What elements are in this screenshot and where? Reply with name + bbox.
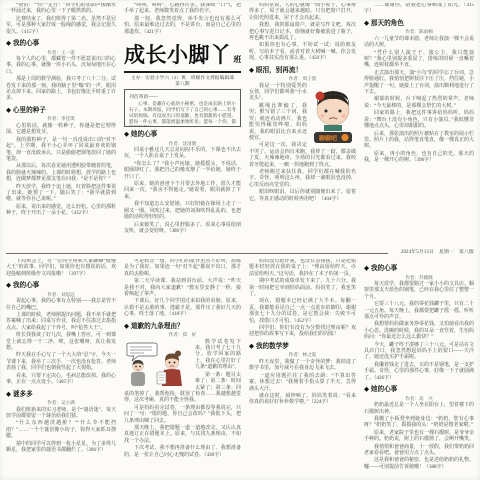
article-continuation: 可是转念一想，同学们的批评虽然不好听，却都是为了我好。如果连一句“对不起”都说不… — [124, 259, 241, 319]
paragraph: 它要三十八元。我的零花钱罐子里，只有二十一元五角。每天晚上，我都要把罐子摇一摇，… — [364, 302, 474, 321]
paragraph: 后来，那张演出的照片被贴在了教室的展示栏里。照片上的我，站得笔直笔直，像一棵真正… — [364, 132, 474, 151]
pouting-girl-cartoon: 聊聊吧 — [310, 86, 356, 144]
paragraph: “凭什么别人演王子、演公主，我只能演树？”我心里别提多委屈了，排练的时候一直噘着… — [364, 51, 474, 70]
article-title: ◆ 眼泪，别再流！ — [249, 67, 356, 75]
masthead: 成长小脚丫班级作文周报 — [124, 38, 241, 73]
paragraph: 妈妈常说，人的心就像一间小屋子，心事堆得多了，屋子就会越来越暗。只有把窗户打开，… — [249, 3, 356, 22]
paragraph: 我想帮妈妈做家务挣零花钱，又怕她看出我的小心思。洗碗的时候，我的耳朵一直竖着，生… — [364, 322, 474, 341]
paragraph: 我悄悄和爸爸商量，十一放假，我们带奶奶回老家看看吧。爸爸用力点了点头。 — [364, 445, 474, 458]
paragraph: 同学们，你们有没有为分数找过理由呢？欢迎把你的故事写下来，投给我们的周报！ — [249, 326, 356, 339]
article-author: 作者：高 兴 — [364, 396, 474, 402]
article-continuation: “别怕！”“你一定行！”同学们的加油声像潮水一样涌过来，我的心里一下子暖烘烘的。… — [6, 3, 116, 36]
paragraph: 可是妈妈看完试卷，一条理由都没等我说完，只问了一句：“错的题，你自己会改吗？”我… — [124, 406, 241, 425]
foreword-box: 刊首寄语—— 心事，是藏在心底的小秘密，也是成长路上的小石子。本期周报，同学们写… — [124, 89, 241, 127]
newspaper-title: 成长小脚丫 — [124, 44, 232, 67]
article: ◆ 眼泪，别再流！ 作者：周子墨 聊聊吧 — [249, 67, 356, 203]
column-bottom-4: ◆ 我的心事 作者：苏晓晓 每天放学，我都要路过一家小小的文具店。橱窗里那支天蓝… — [364, 261, 474, 476]
article-body: 说起心事，我的心事有点特别——我总是管不住自己的嘴巴。上课的时候，老师刚提出问题… — [6, 299, 116, 386]
article-title: ◆ 心里的种子 — [6, 107, 116, 115]
article-author: 作者：周子墨 — [249, 76, 356, 82]
paragraph: 昨天我在手心写了一个大大的“忍”字。今天一节课下来，我举了三次手，一次也没有抢答… — [6, 353, 116, 372]
article-continuation: “咚咚，咚咚”，心跳得厉害。我深吸一口气，把手举了起来。老师微笑着点了我的名字。… — [124, 3, 241, 36]
paragraph: 上课的时候，老师刚提出问题，我不举手就把答案喊了出来；同桌写作业，我忍不住凑过去… — [6, 313, 116, 332]
paragraph: 这是我和爸爸的秘密，也是送给奶奶的礼物。嘘——可别提前告诉她哦！（388字） — [364, 458, 474, 471]
article: ◆ 道歉的九条理由？ 作者：郑 好 — [124, 323, 241, 459]
paragraph: 正式演出那天，演“小鸟”的同学忘了台词，急得脸通红。我悄悄把树枝往下压了压，挡住… — [364, 71, 474, 97]
article-continuation: 下周班会上，另一位同学将和大家聊聊“傲慢大王”的故事。同学们，如果你也有想说的话… — [6, 259, 116, 278]
paragraph: 昨天放学，我终于追上她，红着脸把这件事说了出来。她愣了一下，随后笑了：“我早就猜… — [6, 185, 116, 204]
paragraph: 从那以后，每次看见她用透明胶带缠着的笔，我的脸就火辣辣的。上课的时候想，放学的路… — [6, 164, 116, 183]
newspaper-subtitle: 班级作文周报 — [234, 55, 242, 64]
article-author: 作者：苏晓晓 — [364, 275, 474, 281]
paragraph: 那一刻，我忽然觉得，举手发言也没有那么可怕。原来最难迈过去的，不是讲台，而是自己… — [124, 17, 241, 36]
paragraph: 如果你也有心事，不妨试一试：说给朋友听，写给本子看，或者对着大树喊一喊。你会发现… — [249, 43, 356, 62]
column-top-1: “别怕！”“你一定行！”同学们的加油声像潮水一样涌过来，我的心里一下子暖烘烘的。… — [6, 3, 116, 248]
article-body: 奶奶最近总是一个人坐在阳台上，望着楼下的石榴树出神。我搬了小板凳坐到她身边：“奶… — [364, 403, 474, 471]
article-body: 我们班新来的实习老师，是个“谜语迷”，每天放学前都要留一个谜语给我们猜。“什么东… — [6, 408, 116, 455]
orange-dot-icon — [341, 134, 348, 141]
article-author: 作者：李佳琪 — [6, 116, 116, 122]
chat-badge-label: 聊聊吧 — [319, 134, 337, 142]
article: ◆ 她的心事 作者：高 兴 奶奶最近总是一个人坐在阳台上，望着楼下的石榴树出神。… — [364, 386, 474, 471]
half-page-divider-rule — [6, 253, 388, 254]
paragraph: 原来，说出来的感觉，这么轻松。心里的那粒种子，终于开出了一朵小花。（432字） — [6, 205, 116, 218]
paragraph: 一道应用题拦住了我的去路：“不算出答案，休想过去！”我掰着手指头算了半天，急得满… — [249, 374, 356, 393]
paragraph: 心里的话，就像一粒种子，你越是把它埋得深，它越是想发芽。 — [6, 124, 116, 137]
foreword-label: 刊首寄语—— — [129, 93, 236, 100]
paragraph: 妈妈没有批评我，也没有表扬我，只是把错题本轻轻放在我的桌子上：“理由留给昨天，办… — [249, 259, 356, 278]
article-continuation: 妈妈没有批评我，也没有表扬我，只是把错题本轻轻放在我的桌子上：“理由留给昨天，办… — [249, 259, 356, 339]
article-continuation: 妈妈常说，人的心就像一间小屋子，心事堆得多了，屋子就会越来越暗。只有把窗户打开，… — [249, 3, 356, 63]
paragraph: ……谢谢你，陪我把心事晒成了阳光。（415字） — [364, 3, 474, 16]
article-title: ◆ 她的心事 — [124, 131, 241, 139]
paragraph: “什么东西越洗越脏？”“什么伞不能挡雨？”……一个个谜语像小钩子，钩得大家抓耳挠… — [6, 421, 116, 440]
paragraph: 看来，只要下定决心，毛病总能改掉。我的心事，正在一点点变小。（405字） — [6, 374, 116, 387]
paragraph: 谢幕的时候，台下响起了热烈的掌声。老师说：“今天最棒的，是那棵会帮忙的大树。” — [364, 97, 474, 110]
article-body: 同桌小雅这几天总是闷闷不乐的，下课也不出去玩，一个人趴在桌子上发呆。“你怎么了？… — [124, 148, 241, 235]
article-title: ◆ 道歉的九条理由？ — [124, 323, 241, 331]
column-bottom-1: 下周班会上，另一位同学将和大家聊聊“傲慢大王”的故事。同学们，如果你也有想说的话… — [6, 259, 116, 476]
article-title: ◆ 我的心事 — [364, 265, 474, 273]
article: ◆ 我的心事 作者：苏晓晓 每天放学，我都要路过一家小小的文具店。橱窗里那支天蓝… — [364, 265, 474, 382]
newspaper-page: “别怕！”“你一定行！”同学们的加油声像潮水一样涌过来，我的心里一下子暖烘烘的。… — [0, 0, 480, 480]
article-author: 作者：吴小满 — [6, 400, 116, 406]
paragraph: 期中考试的成绩单发下来了，九十六分。我第一时间把它举到妈妈面前。妈妈笑了，我也笑… — [249, 279, 356, 298]
paragraph: 可是这一次，我决定不哭了。运动会四百米跑，我摔了一跤，膝盖破了皮，火辣辣地疼。全… — [249, 143, 356, 169]
article-author: 作者：陈雨桐 — [364, 29, 474, 35]
column-top-4: ……谢谢你，陪我把心事晒成了阳光。（415字） ◆ 那天的角色 作者：陈雨桐 六… — [364, 3, 474, 248]
paragraph: 我的那粒种子，是一句一直没说出口的“对不起”。上学期，我不小心弄坏了同桌最喜欢的… — [6, 138, 116, 164]
paragraph: 原来，再小的角色，也有自己的光。那天的我，是一棵开心的树。（398字） — [364, 152, 474, 165]
article: ◆ 那天的角色 作者：陈雨桐 六一儿童节的课本剧，老师让我演一棵不会说话的大树。… — [364, 20, 474, 165]
column-bottom-2: 可是转念一想，同学们的批评虽然不好听，却都是为了我好。如果连一句“对不起”都说不… — [124, 259, 241, 476]
paragraph: 那天晚上，我把错题一道一道地改完，又认认真真地订正在错题本上。原来，与其找九条理… — [124, 426, 241, 445]
paragraph: 猜中的同学可以得到一枚小星星。为了多得几颗星，我把家里的谜语书都翻烂了。（286… — [6, 442, 116, 455]
date-folio: 2024年5月13日 星期一 第八版 — [392, 248, 474, 255]
article-author: 作者：沈清漪 — [124, 141, 241, 147]
paragraph: 每天放学，我都要路过一家小小的文具店。橱窗里那支天蓝色的钢笔，已经在我心里住了整… — [364, 282, 474, 301]
paragraph: 昨天夜里，我做了一个奇怪的梦：我掉进了数学书里，加号减号在我身边飞来飞去。 — [249, 360, 356, 373]
column-top-2: “咚咚，咚咚”，心跳得厉害。我深吸一口气，把手举了起来。老师微笑着点了我的名字。… — [124, 3, 241, 248]
foreword-text: 心事，是藏在心底的小秘密，也是成长路上的小石子。本期周报，同学们写下了自己的心事… — [129, 101, 236, 127]
article: ◆ 心里的种子 作者：李佳琪 心里的话，就像一粒种子，你越是把它埋得深，它越是想… — [6, 107, 116, 218]
paragraph: 现在，错题本已经记满了大半本。每翻一页，我都能看见自己一点一点进步的脚印。谢谢那… — [249, 299, 356, 325]
paragraph: “别怕！”“你一定行！”同学们的加油声像潮水一样涌过来，我的心里一下子暖烘烘的。 — [6, 3, 116, 16]
column-bottom-3: 妈妈没有批评我，也没有表扬我，只是把错题本轻轻放在我的桌子上：“理由留给昨天，办… — [249, 259, 356, 476]
paragraph: 下周班会上，另一位同学将和大家聊聊“傲慢大王”的故事。同学们，如果你也有想说的话… — [6, 259, 116, 278]
paragraph: 就在这时，闹钟响了。妈妈笑着说：“看来你真的该好好补补数学啦。”（224字） — [249, 394, 356, 407]
article-title: ◆ 谜多多 — [6, 391, 116, 399]
masthead-info-line: 主办：实验小学六（2）班 班级作文周报编辑部 第八期 — [124, 75, 241, 87]
article-title: ◆ 我的心事 — [6, 40, 116, 48]
article-author: 作者：刘思远 — [6, 292, 116, 298]
paragraph: 眼泪呀眼泪，以后你就别随便出来了。留着它，等真正感动的时候再用吧！（404字） — [249, 190, 356, 203]
paragraph: 我们班新来的实习老师，是个“谜语迷”，每天放学前都要留一个谜语给我们猜。 — [6, 408, 116, 421]
speech-bubble — [127, 343, 157, 361]
article: ◆ 我的心事 作者：刘思远 说起心事，我的心事有点特别——我总是管不住自己的嘴巴… — [6, 282, 116, 386]
test-paper — [157, 372, 166, 384]
article-title: ◆ 我的数学梦 — [249, 343, 356, 351]
paragraph: 我攥着钱走了进去，买的不是钢笔，是一支护手霜。奇怪，心里的那件心事，好像一下子就… — [364, 363, 474, 382]
article-author: 作者：林之夏 — [249, 352, 356, 358]
paragraph: “你怎么了？”我小声问她。她摇摇头，不说话，眼圈却红了。我把自己的橡皮掰了一半给… — [124, 162, 241, 181]
paragraph: 后来她笑了，说心里舒服多了。原来心事说给朋友听，就会变轻呀。（386字） — [124, 223, 241, 236]
paragraph: 今天，罐子终于凑够了三十八元。可是站在文具店门口，我忽然想起妈妈手上的裂口——天… — [364, 343, 474, 362]
article-title: ◆ 我的心事 — [6, 282, 116, 290]
article: ◆ 她的心事 作者：沈清漪 同桌小雅这几天总是闷闷不乐的，下课也不出去玩，一个人… — [124, 131, 241, 235]
paragraph: “咚咚，咚咚”，心跳得厉害。我深吸一口气，把手举了起来。老师微笑着点了我的名字。 — [124, 3, 241, 16]
article-body: 每个人的心里，都藏着一件不愿意说出口的心事。我的心事，就像一块小石头，沉甸甸地压… — [6, 57, 116, 103]
paragraph: 老师跑过来扶住我，同学们都在喊我的名字。奇怪，明明这么疼，我却一滴眼泪也没掉，心… — [249, 170, 356, 189]
paragraph: 下课后，好几个同学围过来拍我的肩膀。原来，认错不是丢脸的事，逃避才是。那件压了我… — [124, 299, 241, 318]
article-body: 六一儿童节的课本剧，老师让我演一棵不会说话的大树。“凭什么别人演王子、演公主，我… — [364, 37, 474, 165]
paragraph: 我搬了小板凳坐到她身边：“奶奶，您有心事呀？”奶奶笑了，摸摸我的头：“奶奶是想老… — [364, 417, 474, 430]
paragraph: 下次考试，我不想再准备什么理由了。我想准备的，是一张让自己问心无愧的试卷。（43… — [124, 446, 241, 459]
paragraph: 第二天早读课，我站到讲台前，大声说：“昨天是我不对，我向大家道歉！”教室里安静了… — [124, 279, 241, 298]
article-body-with-figure: 数学试卷发下来，我只考了七十九分。放学回家的路上，我在心里打好了九条“道歉的理由… — [124, 340, 241, 459]
paragraph: 我想，我的那扇窗户，就是写作文吧。每次把心事写进日记本，烦恼就好像被装进了瓶子，… — [249, 23, 356, 42]
article-body: 昨天夜里，我做了一个奇怪的梦：我掉进了数学书里，加号减号在我身边飞来飞去。一道应… — [249, 360, 356, 407]
paragraph: 比赛结束了，我们班得了第二名。虽然不是冠军，可是那种大家拧成一股绳的感觉，我会记… — [6, 17, 116, 36]
article-title: ◆ 她的心事 — [364, 386, 474, 394]
paragraph: 可是转念一想，同学们的批评虽然不好听，却都是为了我好。如果连一句“对不起”都说不… — [124, 259, 241, 278]
article-author: 作者：郑 好 — [124, 332, 241, 338]
paragraph: 回家的路上，我把这件事讲给妈妈听。妈妈说：“舞台上没有小角色，只有小演员。”我似… — [364, 111, 474, 130]
mother-and-boy-cartoon — [124, 342, 192, 388]
paragraph: 奶奶最近总是一个人坐在阳台上，望着楼下的石榴树出神。 — [364, 403, 474, 416]
article-author: 作者：王一诺 — [6, 50, 116, 56]
article-body: 每天放学，我都要路过一家小小的文具店。橱窗里那支天蓝色的钢笔，已经在我心里住了整… — [364, 282, 474, 382]
paragraph: 那是上周的数学测验，我只考了八十二分。试卷发下来的那一刻，我的脑子里“嗡”的一声… — [6, 77, 116, 103]
article-continuation: ……谢谢你，陪我把心事晒成了阳光。（415字） — [364, 3, 474, 16]
paragraph: 我不知道怎么安慰她，只好陪她在操场上走了一圈又一圈。风吹过来，把她的刘海吹得乱乱… — [124, 202, 241, 221]
paragraph: 班长找我谈了好几次，我嘴上答应，可一到课堂上就忘得一干二净。唉，这张嘴呀，真让我… — [6, 333, 116, 352]
article-title: ◆ 那天的角色 — [364, 20, 474, 28]
paragraph: 每个人的心里，都藏着一件不愿意说出口的心事。我的心事，就像一块小石头，沉甸甸地压… — [6, 57, 116, 76]
paragraph: 原来，她的爸爸下个月要去外地工作，很久才能回来一次。“我舍不得他走。”她说着，眼… — [124, 182, 241, 201]
paragraph: 说起心事，我的心事有点特别——我总是管不住自己的嘴巴。 — [6, 299, 116, 312]
red-bow-icon — [316, 91, 325, 100]
article-body-with-figure: 聊聊吧 我是一个特别爱哭的女孩，同学们都叫我“小水龙头”。跳绳比赛输了，我哭；默… — [249, 84, 356, 203]
article-body: 心里的话，就像一粒种子，你越是把它埋得深，它越是想发芽。我的那粒种子，是一句一直… — [6, 124, 116, 218]
paragraph: 同桌小雅这几天总是闷闷不乐的，下课也不出去玩，一个人趴在桌子上发呆。 — [124, 148, 241, 161]
column-top-3: 妈妈常说，人的心就像一间小屋子，心事堆得多了，屋子就会越来越暗。只有把窗户打开，… — [249, 3, 356, 248]
article: ◆ 我的数学梦 作者：林之夏 昨天夜里，我做了一个奇怪的梦：我掉进了数学书里，加… — [249, 343, 356, 407]
article: ◆ 我的心事 作者：王一诺 每个人的心里，都藏着一件不愿意说出口的心事。我的心事… — [6, 40, 116, 103]
paragraph: 六一儿童节的课本剧，老师让我演一棵不会说话的大树。 — [364, 37, 474, 50]
paragraph: 原来，老家院子里也有一棵石榴树，是爷爷亲手种的。奶奶说，树上的石榴熟了，会咧开嘴… — [364, 431, 474, 444]
article: ◆ 谜多多 作者：吴小满 我们班新来的实习老师，是个“谜语迷”，每天放学前都要留… — [6, 391, 116, 455]
